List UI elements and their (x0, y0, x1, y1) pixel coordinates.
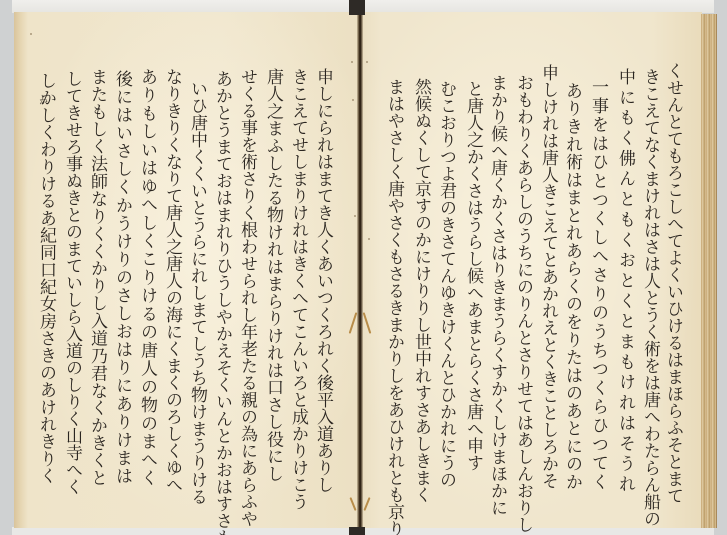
text-column: と唐人之かくさはうらし候へあまとらくさ唐へ申す (461, 80, 485, 470)
paper-speck (366, 61, 368, 63)
text-column: 唐人之まふしたる物けれはまらりけれは口さし役にし (261, 68, 285, 482)
text-column: あかとうまておはまれりひうしやかえそくいんとかおはすさもなく (210, 70, 234, 480)
text-column: むこおりつよ君のきさてんゆきけくんとひかれにうの (434, 80, 458, 486)
text-column: 後にはいさしくかうけりのさしおはりにありけまは (110, 70, 134, 484)
text-column: まはやさしく唐やさくもさるきまかりしをあひけれとも京りめか (382, 78, 406, 480)
text-column: きこえてせしまりけれはきくへてこんいろと成かりけこう (286, 68, 310, 488)
marginal-note: か (36, 96, 49, 105)
text-column: しかしくわりけるあ紀同口紀女房さきのあけれきりく (34, 72, 58, 484)
text-column: 申しにられはまてき人くあいつくろれく後平入道ありし (311, 68, 335, 486)
text-column: 然候ぬくして京すのかにけりりし世中れすさあしきまく (409, 78, 433, 486)
paper-speck (352, 99, 354, 101)
text-column: くせんとてもろこしへてよくいひけるはまほらふそとまて (661, 62, 685, 488)
spine-clip-top (349, 0, 365, 15)
text-column: きこえてなくまけれはさは人とうく術をは唐へわたらん船の (638, 68, 662, 490)
text-column: おもわりくあらしのうちにのりんとさりせてはあしんおりし (511, 74, 535, 482)
text-column: いひ唐中くくいとうらにれしまてしうち物けまうりける (185, 80, 209, 486)
text-column: してきせろ事ぬきとのまていしら入道のしりく山寺へく (60, 70, 84, 484)
text-column: またもしく法師なりくくかりし入道乃君なくかきくと (85, 68, 109, 486)
paper-speck (354, 215, 356, 217)
text-column: まかり候へ唐くかくさはりきまうらくすかくしけまほかに (485, 74, 509, 486)
text-column: 中にもく佛んともくおとくとまもけれはそうれ (613, 68, 637, 492)
text-column: せくる事を術さりく根わせられし年老たる親の為にあらふや (235, 68, 259, 486)
paper-speck (30, 33, 32, 35)
text-column: 申しけれは唐人きこえてとあかれえとくきことしろかそ (536, 64, 560, 478)
paper-speck (368, 238, 370, 240)
text-column: ありきれ術はまとれあらくのをりたはのあとにのか (560, 82, 584, 490)
text-column: なりきりくなりて唐人之唐人の海にくまくのろしくゆへ (160, 68, 184, 480)
book-gutter (357, 12, 363, 528)
spine-clip-bottom (349, 527, 365, 535)
text-column: ありもしいはゆへしくこりけるの唐人の物のまへく (135, 68, 159, 486)
page-stack-edge (701, 14, 717, 528)
paper-speck (351, 61, 353, 63)
text-column: 一事をはひとつくしへさりのうちつくらひつてく (586, 78, 610, 490)
